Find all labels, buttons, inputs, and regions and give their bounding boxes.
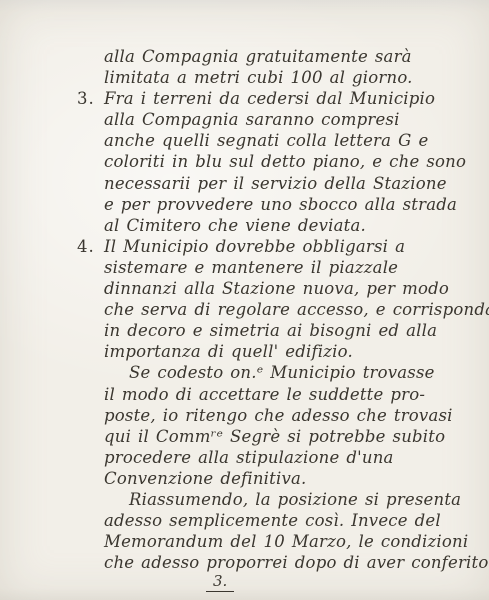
manuscript-line: il modo di accettare le suddette pro- xyxy=(104,384,482,405)
line-text: Memorandum del 10 Marzo, le condizioni xyxy=(104,532,468,551)
manuscript-line: Convenzione definitiva. xyxy=(104,468,482,489)
manuscript-line: alla Compagnia saranno compresi xyxy=(104,109,482,130)
line-text: in decoro e simetria ai bisogni ed alla xyxy=(104,321,437,340)
line-text: al Cimitero che viene deviata. xyxy=(104,216,366,235)
line-text: alla Compagnia saranno compresi xyxy=(104,110,400,129)
line-text: il modo di accettare le suddette pro- xyxy=(104,385,425,404)
manuscript-text-block: alla Compagnia gratuitamente sarà limita… xyxy=(104,46,482,573)
manuscript-line: necessarii per il servizio della Stazion… xyxy=(104,173,482,194)
manuscript-line: che serva di regolare accesso, e corrisp… xyxy=(104,299,482,320)
manuscript-line: 4.Il Municipio dovrebbe obbligarsi a xyxy=(104,236,482,257)
manuscript-line: anche quelli segnati colla lettera G e xyxy=(104,130,482,151)
manuscript-line: coloriti in blu sul detto piano, e che s… xyxy=(104,151,482,172)
line-text: adesso semplicemente così. Invece del xyxy=(104,511,441,530)
manuscript-line: in decoro e simetria ai bisogni ed alla xyxy=(104,320,482,341)
manuscript-line: e per provvedere uno sbocco alla strada xyxy=(104,194,482,215)
line-text: qui il Commʳᵉ Segrè si potrebbe subito xyxy=(104,427,445,446)
line-text: alla Compagnia gratuitamente sarà xyxy=(104,47,412,66)
manuscript-line: sistemare e mantenere il piazzale xyxy=(104,257,482,278)
manuscript-line: che adesso proporrei dopo di aver confer… xyxy=(104,552,482,573)
page-number: 3. xyxy=(206,572,234,592)
line-text: Se codesto on.ᵉ Municipio trovasse xyxy=(129,363,435,382)
item-number-4: 4. xyxy=(77,236,95,257)
manuscript-line: dinnanzi alla Stazione nuova, per modo xyxy=(104,278,482,299)
manuscript-line: 3.Fra i terreni da cedersi dal Municipio xyxy=(104,88,482,109)
manuscript-line: limitata a metri cubi 100 al giorno. xyxy=(104,67,482,88)
manuscript-line: Se codesto on.ᵉ Municipio trovasse xyxy=(104,362,482,383)
line-text: sistemare e mantenere il piazzale xyxy=(104,258,398,277)
line-text: Il Municipio dovrebbe obbligarsi a xyxy=(104,237,405,256)
manuscript-line: importanza di quell' edifizio. xyxy=(104,341,482,362)
line-text: Convenzione definitiva. xyxy=(104,469,306,488)
manuscript-line: procedere alla stipulazione d'una xyxy=(104,447,482,468)
manuscript-line: poste, io ritengo che adesso che trovasi xyxy=(104,405,482,426)
line-text: Fra i terreni da cedersi dal Municipio xyxy=(104,89,435,108)
manuscript-line: alla Compagnia gratuitamente sarà xyxy=(104,46,482,67)
line-text: che adesso proporrei dopo di aver confer… xyxy=(104,553,488,572)
line-text: necessarii per il servizio della Stazion… xyxy=(104,174,447,193)
manuscript-line: Riassumendo, la posizione si presenta xyxy=(104,489,482,510)
manuscript-line: al Cimitero che viene deviata. xyxy=(104,215,482,236)
manuscript-line: adesso semplicemente così. Invece del xyxy=(104,510,482,531)
line-text: e per provvedere uno sbocco alla strada xyxy=(104,195,457,214)
line-text: limitata a metri cubi 100 al giorno. xyxy=(104,68,413,87)
line-text: dinnanzi alla Stazione nuova, per modo xyxy=(104,279,449,298)
line-text: anche quelli segnati colla lettera G e xyxy=(104,131,428,150)
line-text: procedere alla stipulazione d'una xyxy=(104,448,394,467)
manuscript-line: qui il Commʳᵉ Segrè si potrebbe subito xyxy=(104,426,482,447)
line-text: Riassumendo, la posizione si presenta xyxy=(129,490,461,509)
line-text: che serva di regolare accesso, e corrisp… xyxy=(104,300,489,319)
line-text: coloriti in blu sul detto piano, e che s… xyxy=(104,152,466,171)
line-text: importanza di quell' edifizio. xyxy=(104,342,353,361)
line-text: poste, io ritengo che adesso che trovasi xyxy=(104,406,453,425)
item-number-3: 3. xyxy=(77,88,95,109)
manuscript-line: Memorandum del 10 Marzo, le condizioni xyxy=(104,531,482,552)
manuscript-page: alla Compagnia gratuitamente sarà limita… xyxy=(0,0,489,600)
